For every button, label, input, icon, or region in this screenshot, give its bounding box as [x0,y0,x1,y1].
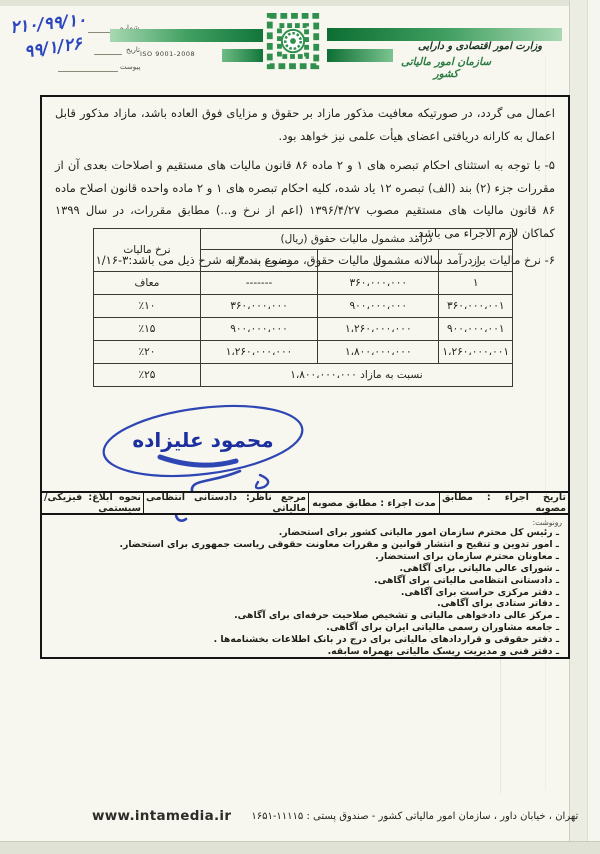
from-value: ۱،۲۶۰،۰۰۰،۰۰۱ [439,341,513,364]
letter-body-frame: اعمال می گردد، در صورتیکه معافیت مذکور م… [40,95,570,659]
rate-value: ٪۲۰ [94,341,201,364]
excess-column-header: نسبت به مازاد [200,250,317,272]
from-column-header: از [439,250,513,272]
to-value: ۱،۸۰۰،۰۰۰،۰۰۰ [318,341,439,364]
to-value: ۹۰۰،۰۰۰،۰۰۰ [318,295,439,318]
intro-paragraph: اعمال می گردد، در صورتیکه معافیت مذکور م… [55,102,555,147]
list-item: ـ دفتر فنی و مدیریت ریسک مالیاتی بهمراه … [50,646,559,658]
list-item: ـ دفتر مرکزی حراست برای آگاهی. [50,587,559,599]
attachment-ruled-line [58,71,118,72]
tax-organization-emblem-icon [262,12,324,76]
iso-certification-text: ISO 9001-2008 [140,50,195,58]
scanned-tax-circular-page: ۲۱۰/۹۹/۱۰ ۹۹/۱/۲۶ شماره تاریخ پیوست ISO … [0,0,600,854]
header-green-bar [327,28,562,41]
table-header-row: درآمد مشمول مالیات حقوق (ریال) نرخ مالیا… [94,229,513,250]
list-item: ـ شورای عالی مالیاتی برای آگاهی. [50,563,559,575]
organization-title: سازمان امور مالیاتی کشور [392,56,500,80]
signatory-name: محمود علیزاده [132,428,273,452]
list-item: ـ دفاتر ستادی برای آگاهی. [50,598,559,610]
scan-right-inner-band [587,0,600,854]
to-value: ۱،۲۶۰،۰۰۰،۰۰۰ [318,318,439,341]
ministry-title: وزارت امور اقتصادی و دارایی [398,41,562,52]
header-green-bar [327,49,393,62]
to-column-header: تا [318,250,439,272]
list-item: ـ معاونان محترم سازمان برای استحضار. [50,551,559,563]
list-item: ـ دفتر حقوقی و قراردادهای مالیاتی برای د… [50,634,559,646]
page-footer: www.intamedia.ir تهران ، خیابان داور ، س… [92,808,488,824]
notification-method-cell: نحوه ابلاغ: فیزیکی/ سیستمی [42,493,143,513]
table-row: ۱ ۳۶۰،۰۰۰،۰۰۰ ------- معاف [94,272,513,295]
excess-merged-value: نسبت به مازاد ۱،۸۰۰،۰۰۰،۰۰۰ [200,364,512,387]
list-item: ـ امور تدوین و تنقیح و انتشار قوانین و م… [50,539,559,551]
excess-value: ۹۰۰،۰۰۰،۰۰۰ [200,318,317,341]
date-label: تاریخ [126,46,140,54]
to-value: ۳۶۰،۰۰۰،۰۰۰ [318,272,439,295]
list-item: ـ دادستانی انتظامی مالیاتی برای آگاهی. [50,575,559,587]
from-value: ۱ [439,272,513,295]
scan-bottom-band [0,841,600,854]
date-ruled-line [94,54,122,55]
scan-top-band [0,0,600,6]
excess-value: ------- [200,272,317,295]
excess-value: ۳۶۰،۰۰۰،۰۰۰ [200,295,317,318]
from-value: ۳۶۰،۰۰۰،۰۰۱ [439,295,513,318]
postal-address: تهران ، خیابان داور ، سازمان امور مالیات… [251,811,578,822]
copies-label: رونوشت: [533,518,562,527]
list-item: ـ رئیس کل محترم سازمان امور مالیاتی کشور… [50,527,559,539]
copies-list: ـ رئیس کل محترم سازمان امور مالیاتی کشور… [50,527,559,658]
list-item: ـ مرکز عالی دادخواهی مالیاتی و تشخیص صلا… [50,610,559,622]
supervising-authority-cell: مرجع ناظر: دادستانی انتظامی مالیاتی [143,493,308,513]
income-group-header: درآمد مشمول مالیات حقوق (ریال) [200,229,512,250]
salary-tax-rate-table: درآمد مشمول مالیات حقوق (ریال) نرخ مالیا… [93,228,513,387]
excess-value: ۱،۲۶۰،۰۰۰،۰۰۰ [200,341,317,364]
handwritten-letter-date: ۹۹/۱/۲۶ [23,34,83,63]
rate-column-header: نرخ مالیات [94,229,201,272]
scan-fold-line [500,658,501,793]
rate-value: ٪۲۵ [94,364,201,387]
rate-value: معاف [94,272,201,295]
execution-date-cell: تاریخ اجراء : مطابق مصوبه [439,493,568,513]
rate-value: ٪۱۵ [94,318,201,341]
from-value: ۹۰۰،۰۰۰،۰۰۱ [439,318,513,341]
execution-info-table: تاریخ اجراء : مطابق مصوبه مدت اجراء : مط… [40,491,570,515]
execution-duration-cell: مدت اجراء : مطابق مصوبه [308,493,439,513]
header-green-bar [110,29,263,42]
table-row: ۹۰۰،۰۰۰،۰۰۱ ۱،۲۶۰،۰۰۰،۰۰۰ ۹۰۰،۰۰۰،۰۰۰ ٪۱… [94,318,513,341]
website-url: www.intamedia.ir [92,808,231,824]
table-row: ۳۶۰،۰۰۰،۰۰۱ ۹۰۰،۰۰۰،۰۰۰ ۳۶۰،۰۰۰،۰۰۰ ٪۱۰ [94,295,513,318]
list-item: ـ جامعه مشاوران رسمی مالیاتی ایران برای … [50,622,559,634]
attachment-label: پیوست [120,63,140,71]
table-last-row: نسبت به مازاد ۱،۸۰۰،۰۰۰،۰۰۰ ٪۲۵ [94,364,513,387]
rate-value: ٪۱۰ [94,295,201,318]
header-green-bar [222,49,263,62]
table-row: ۱،۲۶۰،۰۰۰،۰۰۱ ۱،۸۰۰،۰۰۰،۰۰۰ ۱،۲۶۰،۰۰۰،۰۰… [94,341,513,364]
